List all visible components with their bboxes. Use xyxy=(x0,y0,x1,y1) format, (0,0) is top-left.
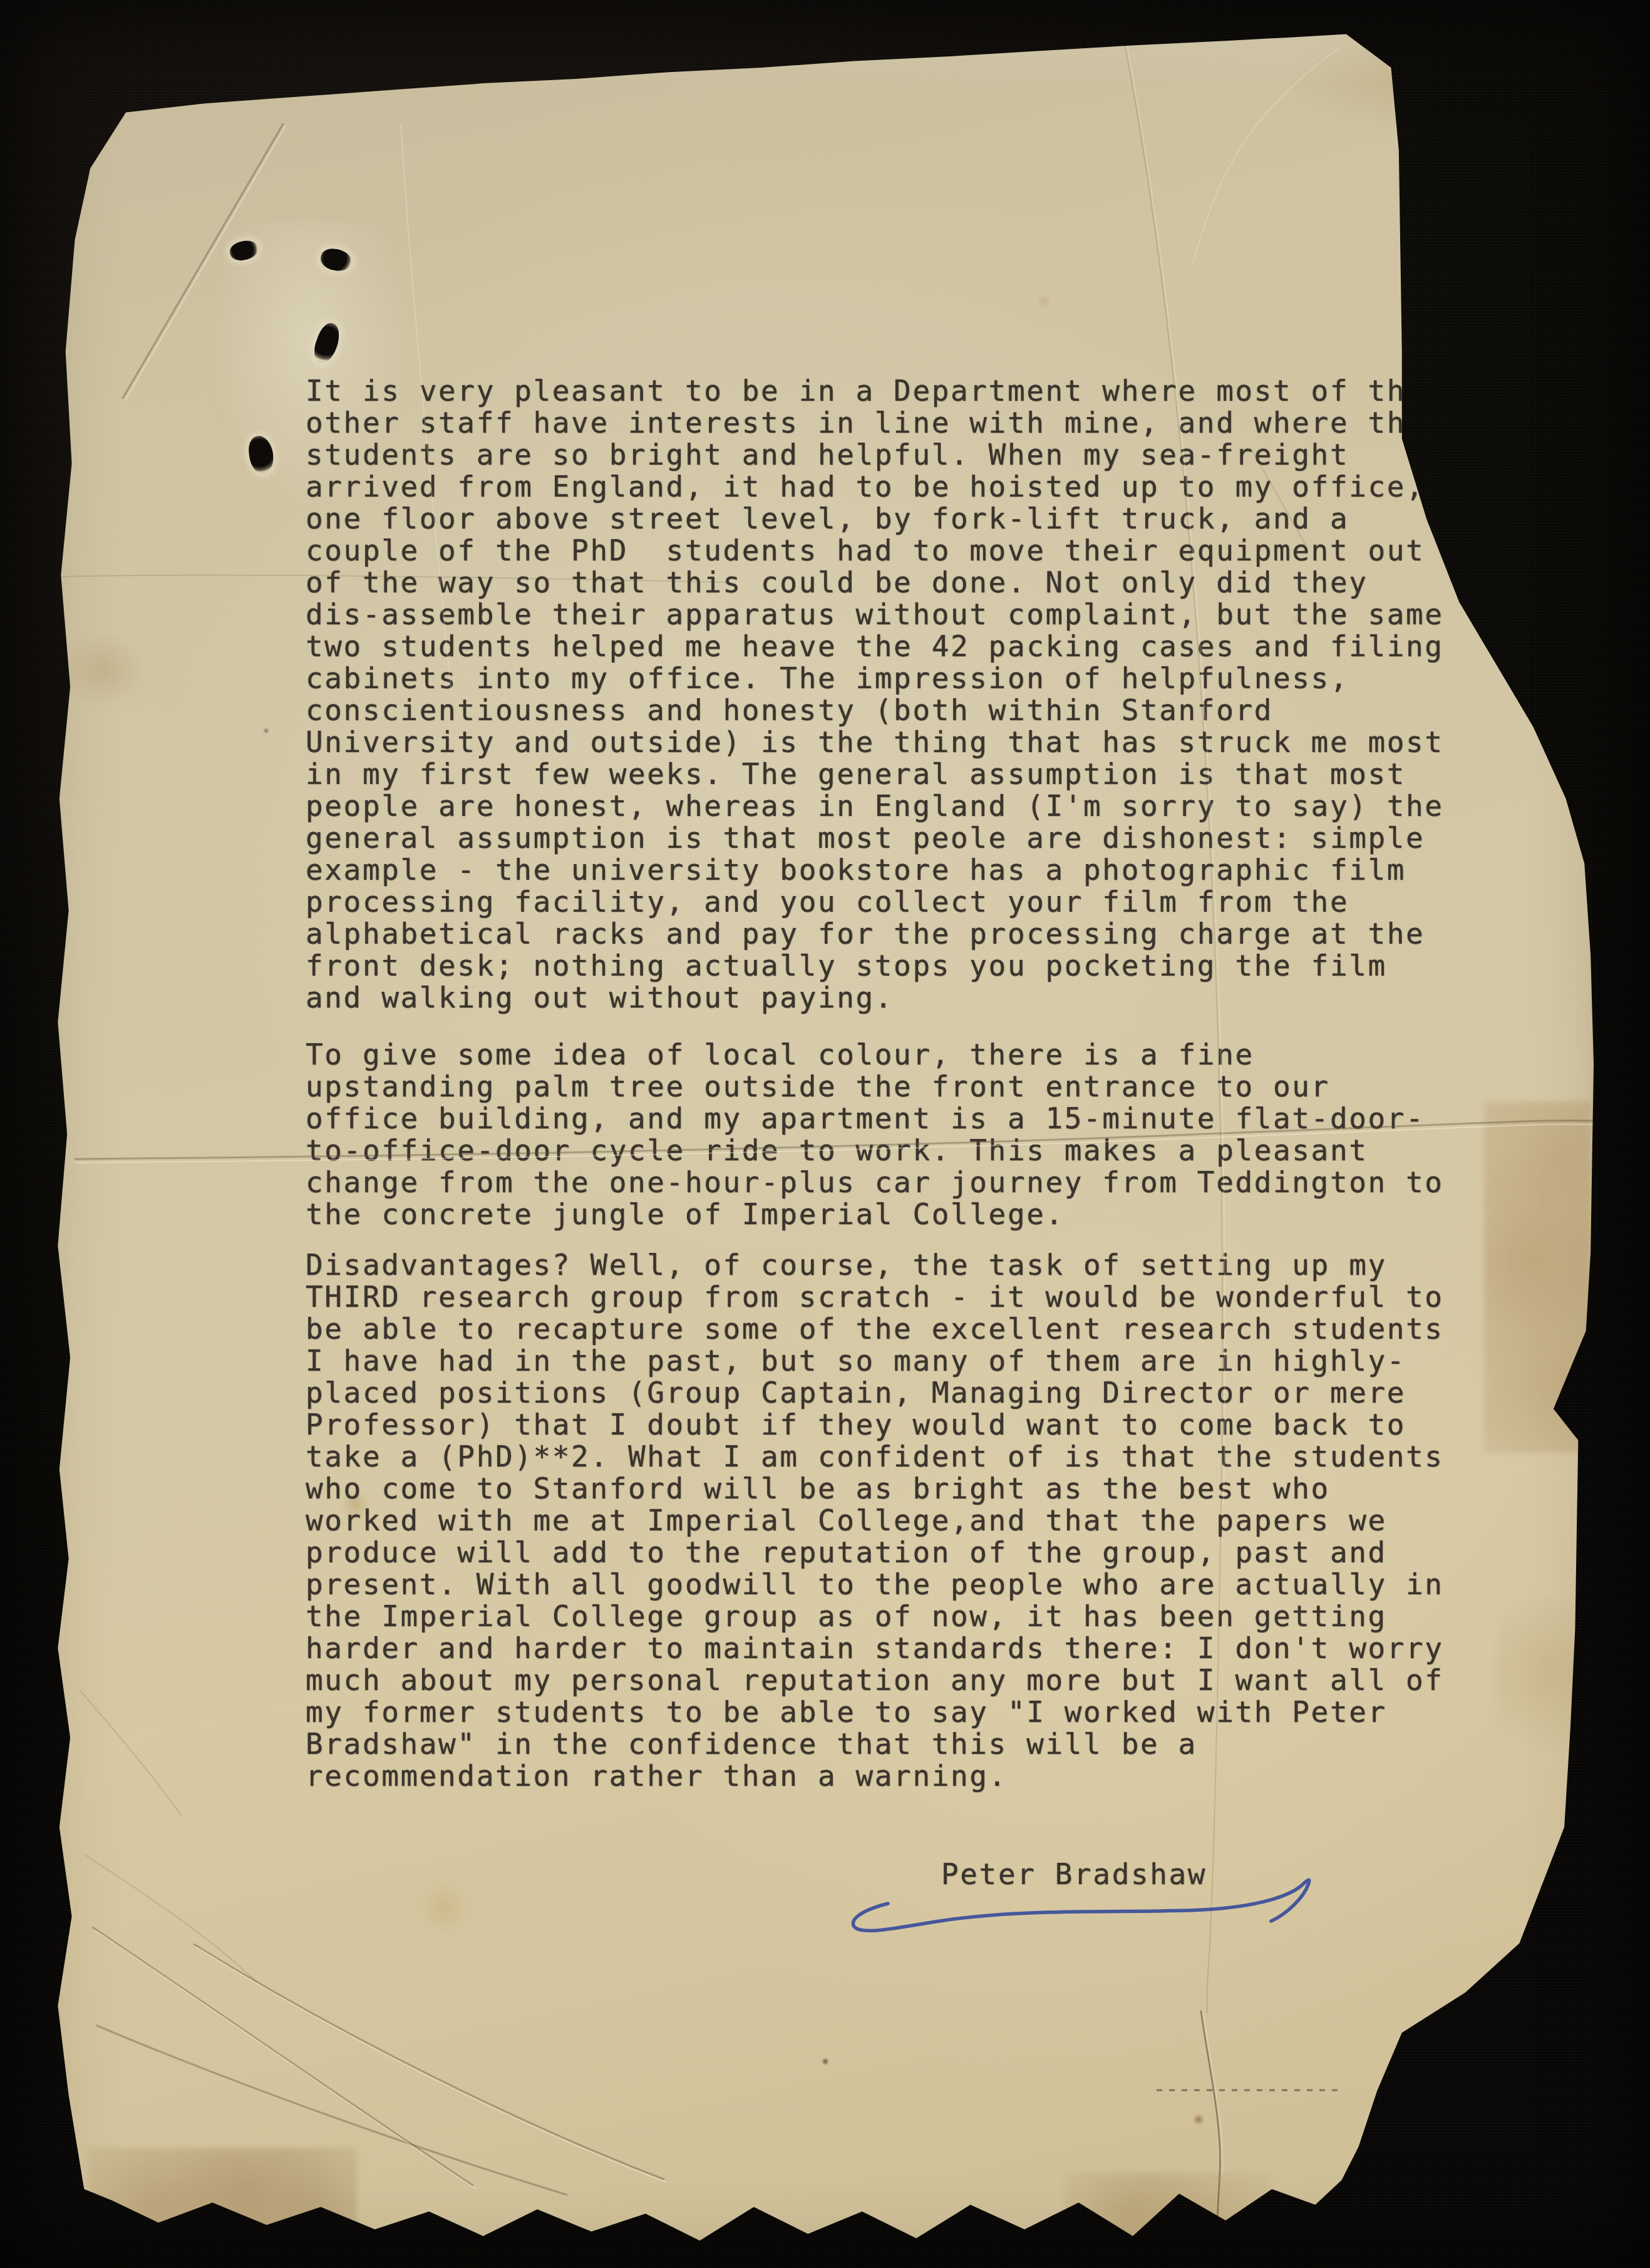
stain xyxy=(413,1882,476,1932)
stain xyxy=(59,632,147,708)
stain xyxy=(1284,38,1534,131)
stain xyxy=(1193,2114,1204,2125)
stain xyxy=(1036,294,1053,308)
letter-paper: It is very pleasant to be in a Departmen… xyxy=(50,16,1597,2252)
stain xyxy=(1065,2173,1271,2254)
letter-paragraph-3: Disadvantages? Well, of course, the task… xyxy=(306,1249,1444,1792)
typed-signature: Peter Bradshaw xyxy=(941,1858,1207,1890)
stain xyxy=(822,2058,829,2065)
letter-paragraph-2: To give some idea of local colour, there… xyxy=(306,1039,1444,1230)
stain xyxy=(1484,1102,1591,1453)
stain xyxy=(1497,1597,1584,1785)
letter-paragraph-1: It is very pleasant to be in a Departmen… xyxy=(306,375,1444,1014)
scan-surface: It is very pleasant to be in a Departmen… xyxy=(0,0,1650,2268)
stain xyxy=(263,728,269,734)
stain xyxy=(88,2148,357,2248)
